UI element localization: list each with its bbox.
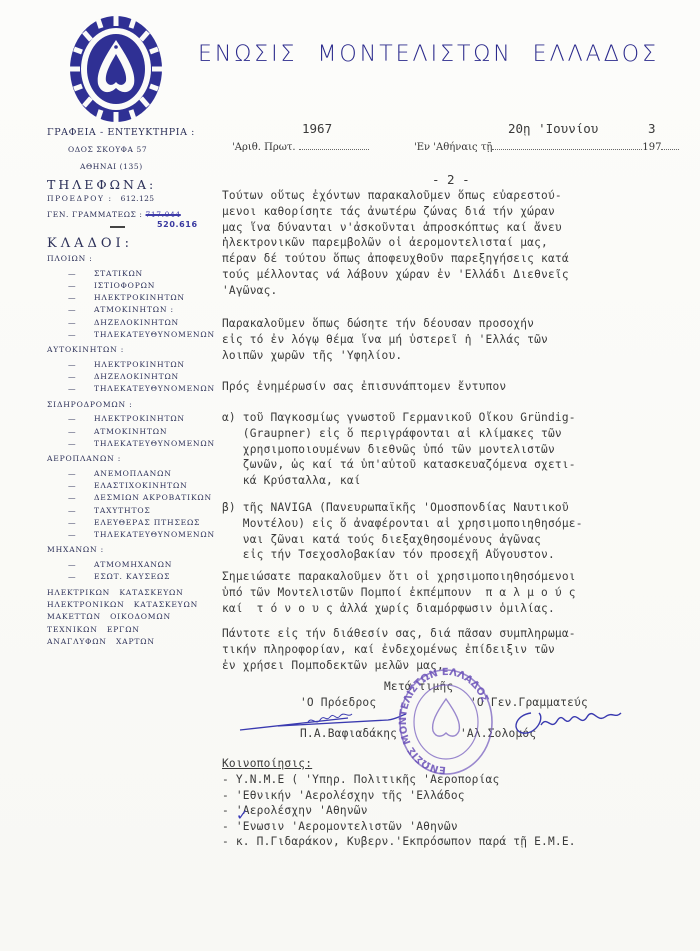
category-item-label: ΤΗΛΕΚΑΤΕΥΘΥΝΟΜΕΝΩΝ xyxy=(94,384,215,393)
page-marker: - 2 - xyxy=(432,172,470,187)
paragraph-item-b: β) τῆς NAVIGA (Πανευρωπαϊκῆς 'Ομοσπονδία… xyxy=(222,500,583,563)
year-suffix: 3 xyxy=(648,121,656,136)
category-heading: ΤΕΧΝΙΚΩΝ ΕΡΓΩΝ xyxy=(47,625,140,634)
dash-icon: — xyxy=(68,439,82,448)
category-item-label: ΑΝΕΜΟΠΛΑΝΩΝ xyxy=(94,469,172,478)
category-item: —ΕΣΩΤ. ΚΑΥΣΕΩΣ xyxy=(68,572,170,581)
dash-icon: — xyxy=(68,530,82,539)
dash-icon: — xyxy=(68,293,82,302)
president-phone-number: 612.125 xyxy=(121,194,155,203)
category-item-label: ΗΛΕΚΤΡΟΚΙΝΗΤΩΝ xyxy=(94,360,185,369)
category-item: —ΑΝΕΜΟΠΛΑΝΩΝ xyxy=(68,469,172,478)
protocol-dots xyxy=(299,149,369,150)
category-item-label: ΑΤΜΟΜΗΧΑΝΩΝ xyxy=(94,560,172,569)
category-heading: ΑΝΑΓΛΥΦΩΝ ΧΑΡΤΩΝ xyxy=(47,637,155,646)
category-item: —ΗΛΕΚΤΡΟΚΙΝΗΤΩΝ xyxy=(68,414,185,423)
paragraph-item-a: α) τοῦ Παγκοσμίως γνωστοῦ Γερμανικοῦ Οἴκ… xyxy=(222,410,576,489)
year-prefix: 197 xyxy=(642,142,661,153)
president-phone-label: ΠΡΟΕΔΡΟΥ : xyxy=(47,194,113,203)
paragraph-1: Τούτων οὕτως ἐχόντων παρακαλοῦμεν ὅπως ε… xyxy=(222,188,569,299)
category-item-label: ΗΛΕΚΤΡΟΚΙΝΗΤΩΝ xyxy=(94,414,185,423)
category-item: —ΤΑΧΥΤΗΤΟΣ xyxy=(68,506,151,515)
paragraph-4: Σημειώσατε παρακαλοῦμεν ὅτι οἱ χρησιμοπο… xyxy=(222,569,576,616)
dash-icon: — xyxy=(68,330,82,339)
category-item-label: ΑΤΜΟΚΙΝΗΤΩΝ : xyxy=(94,305,174,314)
city-address: ΑΘΗΝΑΙ (135) xyxy=(80,162,143,171)
category-item: —ΔΗΖΕΛΟΚΙΝΗΤΩΝ xyxy=(68,372,179,381)
secretary-phone: ΓΕΝ. ΓΡΑΜΜΑΤΕΩΣ : 717.044 xyxy=(47,210,181,219)
category-item-label: ΤΗΛΕΚΑΤΕΥΘΥΝΟΜΕΝΩΝ xyxy=(94,530,215,539)
offices-label: ΓΡΑΦΕΙΑ - ΕΝΤΕΥΚΤΗΡΙΑ : xyxy=(47,127,195,138)
category-heading: ΗΛΕΚΤΡΙΚΩΝ ΚΑΤΑΣΚΕΥΩΝ xyxy=(47,588,184,597)
cc-item: - κ. Π.Γιδαράκον, Κυβερν.'Εκπρόσωπον παρ… xyxy=(222,834,576,850)
cc-label: Κοινοποίησις: xyxy=(222,756,312,772)
dash-icon: — xyxy=(68,427,82,436)
category-heading: ΜΗΧΑΝΩΝ : xyxy=(47,545,104,554)
dash-icon: — xyxy=(68,384,82,393)
dash-icon: — xyxy=(68,372,82,381)
category-item-label: ΕΛΑΣΤΙΧΟΚΙΝΗΤΩΝ xyxy=(94,481,188,490)
category-item: —ΔΗΖΕΛΟΚΙΝΗΤΩΝ xyxy=(68,318,179,327)
cc-item: - Υ.Ν.Μ.Ε ( 'Υπηρ. Πολιτικῆς 'Αεροπορίας xyxy=(222,772,499,788)
president-signature-icon xyxy=(238,708,418,734)
category-heading: ΑΕΡΟΠΛΑΝΩΝ : xyxy=(47,454,121,463)
category-item: —ΙΣΤΙΟΦΟΡΩΝ xyxy=(68,281,155,290)
cc-item: - 'Ενωσιν 'Αερομοντελιστῶν 'Αθηνῶν xyxy=(222,819,458,835)
dash-icon: — xyxy=(68,360,82,369)
category-item: —ΕΛΕΥΘΕΡΑΣ ΠΤΗΣΕΩΣ xyxy=(68,518,200,527)
categories-label: ΚΛΑΔΟΙ: xyxy=(47,236,133,251)
protocol-field: 'Αριθ. Πρωτ. xyxy=(232,142,369,153)
dash-icon: — xyxy=(68,506,82,515)
category-item-label: ΤΑΧΥΤΗΤΟΣ xyxy=(94,506,151,515)
category-item-label: ΤΗΛΕΚΑΤΕΥΘΥΝΟΜΕΝΩΝ xyxy=(94,439,215,448)
date-field: 'Εν 'Αθήναις τῇ197 xyxy=(414,142,679,153)
cc-item: - 'Εθνικήν 'Αερολέσχην τῆς 'Ελλάδος xyxy=(222,788,465,804)
category-item-label: ΔΗΖΕΛΟΚΙΝΗΤΩΝ xyxy=(94,318,179,327)
letter-page: ΕΝΩΣΙΣ ΜΟΝΤΕΛΙΣΤΩΝ ΕΛΛΑΔΟΣ ΓΡΑΦΕΙΑ - ΕΝΤ… xyxy=(0,0,700,951)
date-value: 20ῃ 'Ιουνίου xyxy=(508,121,598,136)
category-item: —ΑΤΜΟΚΙΝΗΤΩΝ xyxy=(68,427,167,436)
dash-icon: — xyxy=(68,305,82,314)
category-item: —ΤΗΛΕΚΑΤΕΥΘΥΝΟΜΕΝΩΝ xyxy=(68,530,215,539)
dash-icon: — xyxy=(68,493,82,502)
gear-emblem-icon xyxy=(68,14,164,124)
secretary-phone-new: 520.616 xyxy=(157,220,198,229)
dash-icon: — xyxy=(68,318,82,327)
category-item: —ΤΗΛΕΚΑΤΕΥΘΥΝΟΜΕΝΩΝ xyxy=(68,330,215,339)
dash-icon: — xyxy=(68,469,82,478)
category-item-label: ΑΤΜΟΚΙΝΗΤΩΝ xyxy=(94,427,167,436)
protocol-number: 1967 xyxy=(302,121,332,136)
category-heading: ΠΛΟΙΩΝ : xyxy=(47,254,93,263)
dash-icon: — xyxy=(68,281,82,290)
category-item: —ΣΤΑΤΙΚΩΝ xyxy=(68,269,143,278)
category-item: —ΕΛΑΣΤΙΧΟΚΙΝΗΤΩΝ xyxy=(68,481,188,490)
category-item: —ΤΗΛΕΚΑΤΕΥΘΥΝΟΜΕΝΩΝ xyxy=(68,439,215,448)
category-item: —ΤΗΛΕΚΑΤΕΥΘΥΝΟΜΕΝΩΝ xyxy=(68,384,215,393)
category-item: —ΗΛΕΚΤΡΟΚΙΝΗΤΩΝ xyxy=(68,360,185,369)
secretary-phone-label: ΓΕΝ. ΓΡΑΜΜΑΤΕΩΣ : xyxy=(47,210,143,219)
dash-icon: — xyxy=(68,572,82,581)
category-heading: ΑΥΤΟΚΙΝΗΤΩΝ : xyxy=(47,345,124,354)
category-item-label: ΕΣΩΤ. ΚΑΥΣΕΩΣ xyxy=(94,572,170,581)
category-item-label: ΕΛΕΥΘΕΡΑΣ ΠΤΗΣΕΩΣ xyxy=(94,518,200,527)
paragraph-2: Παρακαλοῦμεν ὅπως δώσητε τήν δέουσαν προ… xyxy=(222,316,548,363)
dash-icon: — xyxy=(68,414,82,423)
category-heading: ΗΛΕΚΤΡΟΝΙΚΩΝ ΚΑΤΑΣΚΕΥΩΝ xyxy=(47,600,198,609)
protocol-label: 'Αριθ. Πρωτ. xyxy=(232,142,296,153)
organization-stamp-icon: ΕΝΩΣΙΣ ΜΟΝΤΕΛΙΣΤΩΝ ΕΛΛΑΔΟΣ xyxy=(398,667,494,777)
category-item-label: ΗΛΕΚΤΡΟΚΙΝΗΤΩΝ xyxy=(94,293,185,302)
category-item-label: ΤΗΛΕΚΑΤΕΥΘΥΝΟΜΕΝΩΝ xyxy=(94,330,215,339)
street-address: ΟΔΟΣ ΣΚΟΥΦΑ 57 xyxy=(68,145,147,154)
category-item: —ΑΤΜΟΚΙΝΗΤΩΝ : xyxy=(68,305,174,314)
president-phone: ΠΡΟΕΔΡΟΥ : 612.125 xyxy=(47,194,154,203)
category-item-label: ΔΕΣΜΙΩΝ ΑΚΡΟΒΑΤΙΚΩΝ xyxy=(94,493,212,502)
category-heading: ΣΙΔΗΡΟΔΡΟΜΩΝ : xyxy=(47,400,133,409)
place-label: 'Εν 'Αθήναις τῇ xyxy=(414,142,492,153)
category-item: —ΑΤΜΟΜΗΧΑΝΩΝ xyxy=(68,560,172,569)
year-dots xyxy=(661,149,679,150)
date-dots xyxy=(492,149,642,150)
dash-icon: — xyxy=(68,518,82,527)
organization-title: ΕΝΩΣΙΣ ΜΟΝΤΕΛΙΣΤΩΝ ΕΛΛΑΔΟΣ xyxy=(198,42,659,67)
dash-icon: — xyxy=(68,481,82,490)
paragraph-3: Πρός ἐνημέρωσίν σας ἐπισυνάπτομεν ἔντυπο… xyxy=(222,379,506,395)
category-item: —ΔΕΣΜΙΩΝ ΑΚΡΟΒΑΤΙΚΩΝ xyxy=(68,493,212,502)
check-mark-icon: ✓ xyxy=(236,806,249,824)
category-item-label: ΣΤΑΤΙΚΩΝ xyxy=(94,269,143,278)
dash-icon: — xyxy=(68,269,82,278)
phones-label: ΤΗΛΕΦΩΝΑ: xyxy=(47,177,156,192)
category-item-label: ΔΗΖΕΛΟΚΙΝΗΤΩΝ xyxy=(94,372,179,381)
category-item: —ΗΛΕΚΤΡΟΚΙΝΗΤΩΝ xyxy=(68,293,185,302)
divider xyxy=(110,226,125,228)
secretary-signature-icon xyxy=(505,705,645,739)
dash-icon: — xyxy=(68,560,82,569)
category-heading: ΜΑΚΕΤΤΩΝ ΟΙΚΟΔΟΜΩΝ xyxy=(47,612,171,621)
secretary-phone-struck: 717.044 xyxy=(146,210,181,219)
category-item-label: ΙΣΤΙΟΦΟΡΩΝ xyxy=(94,281,155,290)
